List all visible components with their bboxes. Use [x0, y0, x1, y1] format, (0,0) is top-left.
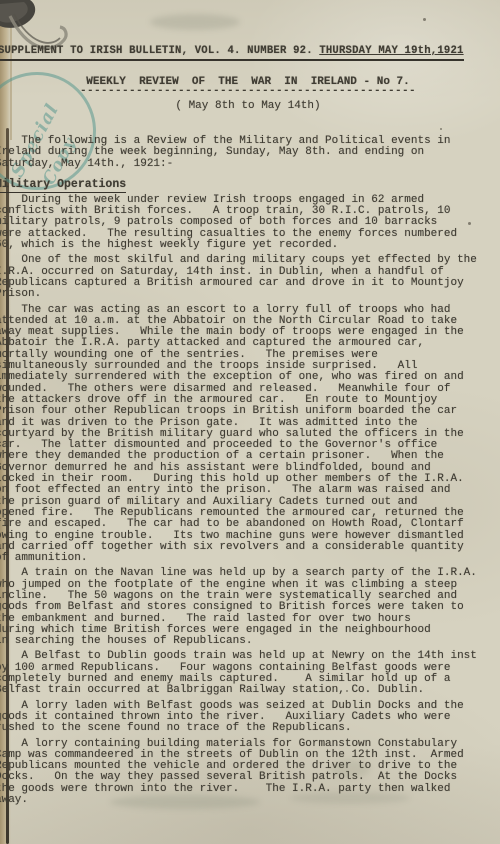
section-heading: Military Operations [0, 178, 126, 193]
document-content: SUPPLEMENT TO IRISH BULLETIN, VOL. 4. NU… [0, 0, 500, 810]
masthead: SUPPLEMENT TO IRISH BULLETIN, VOL. 4. NU… [0, 45, 464, 61]
paragraph: During the week under review Irish troop… [0, 195, 500, 251]
intro-paragraph: The following is a Review of the Militar… [0, 136, 500, 170]
title-underline-dashes: ----------------------------------------… [0, 88, 500, 95]
scanned-document-page: { "colors": { "paper": "#d6d2c0", "ink":… [0, 0, 500, 844]
paragraph: One of the most skilful and daring milit… [0, 255, 500, 300]
paragraph: A train on the Navan line was held up by… [0, 568, 500, 647]
paragraph: A Belfast to Dublin goods train was held… [0, 651, 500, 696]
body-text: The following is a Review of the Militar… [0, 136, 500, 806]
paragraph: The car was acting as an escort to a lor… [0, 305, 500, 565]
masthead-date: THURSDAY MAY 19th,1921 [319, 45, 463, 57]
masthead-issue: SUPPLEMENT TO IRISH BULLETIN, VOL. 4. NU… [0, 45, 319, 57]
paragraph: A lorry laden with Belfast goods was sei… [0, 701, 500, 735]
title-block: WEEKLY REVIEW OF THE WAR IN IRELAND - No… [0, 76, 500, 112]
paragraph: A lorry containing building materials fo… [0, 739, 500, 807]
page-subtitle: ( May 8th to May 14th) [0, 100, 500, 112]
